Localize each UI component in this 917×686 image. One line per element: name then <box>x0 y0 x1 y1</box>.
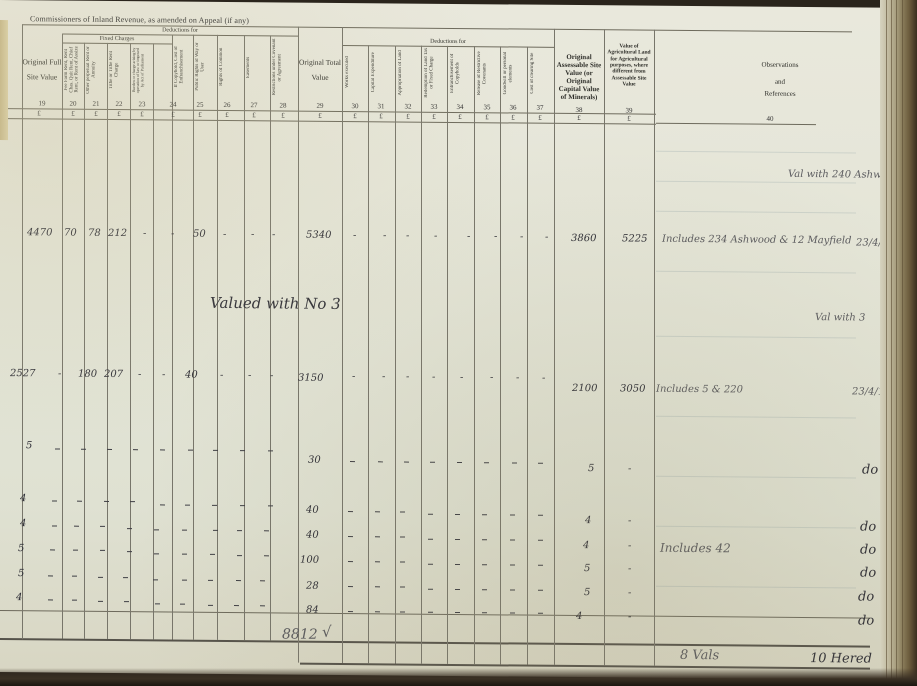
header-observations-line1: Observations <box>740 60 820 69</box>
header-col-20: Fee Farm Rent, Rent Chas. Quit Rent, Chi… <box>64 45 82 95</box>
cell-date: do <box>858 589 874 604</box>
header-col-25: Public Rights of Way or User <box>195 38 215 96</box>
pound-33: £ <box>427 113 441 121</box>
pound-29: £ <box>313 112 327 120</box>
cell-c19: 5 <box>26 440 32 451</box>
cell-c39: - <box>628 611 631 622</box>
table-row: 2527 - 180 207 - - 40 - - - 3150 - - - -… <box>0 0 880 8</box>
pound-19: £ <box>32 109 46 117</box>
cell-c32: - <box>406 372 409 383</box>
cell-date: do <box>860 520 876 535</box>
cell-c31: - <box>382 371 385 382</box>
cell-c25: 50 <box>193 229 206 240</box>
cell-c28: - <box>270 370 273 381</box>
header-col-36: Goodwill or personal elements <box>503 48 524 98</box>
cell-c19: 5 <box>18 568 24 579</box>
header-col-30: Works executed <box>345 47 365 97</box>
cell-c39: 5225 <box>622 233 647 244</box>
cell-c33: - <box>432 372 435 383</box>
header-original-full-site-value: Original Full Site Value <box>22 54 62 84</box>
col-line <box>84 43 85 639</box>
rule-total-bottom <box>0 638 870 648</box>
cell-c29: 40 <box>306 530 319 541</box>
colnum-19: 19 <box>32 99 52 107</box>
header-col-37: Cost of clearing Site <box>530 49 551 99</box>
rule-pound-row <box>8 118 656 125</box>
cell-date: do <box>862 463 878 478</box>
colnum-34: 34 <box>450 103 470 111</box>
cell-c20: - <box>58 369 61 380</box>
cell-c25: 40 <box>185 370 198 381</box>
col-line <box>527 47 528 665</box>
header-col-35: Release of Restrictive Covenants <box>477 48 497 98</box>
cell-c19: 5 <box>18 543 24 554</box>
cell-c20: 70 <box>64 228 77 239</box>
cell-c38: 4 <box>585 515 591 526</box>
faint-rule <box>656 181 856 184</box>
header-col-33: Redemption of Land Tax or Fixed Charge <box>424 48 444 98</box>
colnum-31: 31 <box>371 102 391 110</box>
footer-hered-count: 10 Hered <box>810 651 872 667</box>
cell-c29: 30 <box>308 455 321 466</box>
faint-rule <box>656 586 856 589</box>
ledger-page: Commissioners of Inland Revenue, as amen… <box>0 0 880 680</box>
colnum-30: 30 <box>345 102 365 110</box>
colnum-25: 25 <box>190 101 210 109</box>
cell-observation: Includes 5 & 220 <box>656 384 743 396</box>
cell-c34: - <box>467 231 470 242</box>
cell-c29: 5340 <box>306 230 331 241</box>
cell-c38: 5 <box>588 463 594 474</box>
cell-c22: 212 <box>108 228 127 239</box>
table-row: 4 40 4 - Includes 42 do <box>0 0 880 8</box>
faint-rule <box>656 151 856 154</box>
page-edge <box>0 20 8 140</box>
pound-32: £ <box>401 112 415 120</box>
cell-c19: 2527 <box>10 368 35 379</box>
cell-observation: Includes 42 <box>660 541 731 556</box>
header-original-assessable-site-value: Original Assessable Site Value (or Origi… <box>556 53 602 102</box>
colnum-22: 22 <box>109 100 129 108</box>
cell-c38: 2100 <box>572 383 597 394</box>
cell-c24: - <box>171 228 174 239</box>
cell-c19: 4 <box>20 518 26 529</box>
col-line <box>342 27 343 663</box>
col-line <box>554 29 555 665</box>
header-col-34: Enfranchisement of Copyholds <box>450 48 471 98</box>
header-col-22: Tithe or Tithe Rent Charge <box>109 45 127 95</box>
header-col-23: Burden or charge arising by operation of… <box>132 45 151 95</box>
colnum-37: 37 <box>530 104 550 112</box>
col-line <box>62 34 63 639</box>
cell-c39: - <box>628 563 631 574</box>
pound-37: £ <box>533 114 547 122</box>
col-line <box>217 35 218 640</box>
cell-c36: - <box>516 373 519 384</box>
cell-c36: - <box>520 232 523 243</box>
cell-c23: - <box>138 369 141 380</box>
pound-20: £ <box>66 110 80 118</box>
cell-c19: 4470 <box>27 227 52 238</box>
colnum-21: 21 <box>86 100 106 108</box>
cell-c39: 3050 <box>620 383 645 394</box>
cell-c21: 180 <box>78 369 97 380</box>
table-row: 5 100 5 - do <box>0 0 880 8</box>
header-observations-line2: and <box>740 77 820 86</box>
header-agricultural-value: Value of Agricultural Land for Agricultu… <box>606 43 652 88</box>
cell-c37: - <box>545 232 548 243</box>
colnum-39: 39 <box>619 106 639 114</box>
col-line <box>368 45 369 663</box>
pound-38: £ <box>572 114 586 122</box>
cell-c37: - <box>542 373 545 384</box>
cell-c38: 5 <box>584 587 590 598</box>
colnum-23: 23 <box>132 100 152 108</box>
faint-rule <box>656 211 856 214</box>
header-col-26: Rights of Common <box>219 38 241 96</box>
pound-25: £ <box>193 111 207 119</box>
col-line <box>604 29 605 665</box>
pound-26: £ <box>220 111 234 119</box>
col-line <box>474 46 475 664</box>
pound-22: £ <box>112 110 126 118</box>
footer-check-mark: √ <box>322 623 332 641</box>
colnum-35: 35 <box>477 103 497 111</box>
colnum-26: 26 <box>217 101 237 109</box>
colnum-20: 20 <box>63 100 83 108</box>
table-row: 5 28 5 - do <box>0 0 880 8</box>
header-col-31: Capital Expenditure <box>371 47 392 97</box>
colnum-36: 36 <box>503 103 523 111</box>
col-line <box>298 27 299 663</box>
annotation-valued-with-no3: Valued with No 3 <box>210 294 341 313</box>
cell-c38: 3860 <box>571 233 596 244</box>
cell-c38: 4 <box>583 540 589 551</box>
cell-c30: - <box>352 371 355 382</box>
cell-c27: - <box>248 370 251 381</box>
cell-date: do <box>858 613 874 628</box>
table-row: 4 40 4 - do <box>0 0 880 8</box>
col-line <box>447 46 448 664</box>
cell-date: do <box>860 566 876 581</box>
rule-header-bottom <box>8 108 656 115</box>
cell-c28: - <box>272 229 275 240</box>
pound-28: £ <box>276 111 290 119</box>
colnum-24: 24 <box>163 100 183 108</box>
faint-rule <box>656 476 856 479</box>
page-shadow <box>0 668 917 686</box>
book-spine <box>880 0 917 686</box>
cell-c26: - <box>220 370 223 381</box>
table-row: 4470 70 78 212 - - 50 - - - 5340 - - - -… <box>0 0 880 8</box>
cell-c39: - <box>628 515 631 526</box>
cell-c29: 28 <box>306 581 319 592</box>
header-col-28: Restrictions under Covenant or Agreement <box>272 38 296 96</box>
table-row: 5 30 5 - do <box>0 0 880 8</box>
pound-34: £ <box>453 113 467 121</box>
table-row: 4 84 4 - do <box>0 0 880 8</box>
col-line <box>654 30 655 666</box>
col-line <box>421 46 422 664</box>
col-line <box>270 35 271 640</box>
pound-30: £ <box>348 112 362 120</box>
cell-c32: - <box>406 231 409 242</box>
footer-total: 8812 <box>282 626 318 642</box>
colnum-29: 29 <box>310 102 330 110</box>
faint-rule <box>656 416 856 419</box>
col-line <box>500 46 501 664</box>
pound-35: £ <box>480 113 494 121</box>
faint-rule <box>656 271 856 274</box>
col-line <box>107 43 108 639</box>
cell-c29: 100 <box>300 555 319 566</box>
cell-date: do <box>860 543 876 558</box>
pound-27: £ <box>247 111 261 119</box>
colnum-40: 40 <box>760 115 780 123</box>
cell-c35: - <box>490 372 493 383</box>
header-col-27: Easements <box>246 38 268 96</box>
cell-c29: 84 <box>306 605 319 616</box>
cell-c24: - <box>162 369 165 380</box>
faint-rule <box>656 526 856 529</box>
cell-observation: Includes 234 Ashwood & 12 Mayfield <box>662 234 852 247</box>
header-col-21: Other perpetual Rent or Annuity <box>86 45 104 95</box>
pound-39: £ <box>622 114 636 122</box>
pound-23: £ <box>135 110 149 118</box>
colnum-28: 28 <box>273 101 293 109</box>
cell-c35: - <box>494 231 497 242</box>
header-original-total-value: Original Total Value <box>298 55 342 85</box>
colnum-32: 32 <box>398 102 418 110</box>
header-observations-line3: References <box>740 89 820 98</box>
pound-24: £ <box>166 110 180 118</box>
colnum-27: 27 <box>244 101 264 109</box>
cell-c27: - <box>251 229 254 240</box>
rule-obs-header <box>656 123 816 125</box>
pound-21: £ <box>89 110 103 118</box>
cell-c26: - <box>223 229 226 240</box>
pound-36: £ <box>506 113 520 121</box>
footer-vals-count: 8 Vals <box>680 648 719 663</box>
cell-c38: 5 <box>584 563 590 574</box>
cell-c39: - <box>628 587 631 598</box>
header-col-24: If Copyhold, Cost of Enfranchisement <box>174 38 191 96</box>
col-line <box>172 35 173 640</box>
col-line <box>244 35 245 640</box>
cell-c19: 4 <box>16 592 22 603</box>
cell-c33: - <box>434 231 437 242</box>
cell-c39: - <box>628 463 631 474</box>
dash-grid <box>0 0 880 8</box>
cell-c23: - <box>143 228 146 239</box>
cell-c21: 78 <box>88 228 101 239</box>
colnum-33: 33 <box>424 103 444 111</box>
cell-c29: 3150 <box>298 373 323 384</box>
header-col-32: Appropriation of Land <box>398 47 418 97</box>
col-line <box>153 43 154 639</box>
faint-rule <box>656 336 856 339</box>
page-title: Commissioners of Inland Revenue, as amen… <box>30 14 249 25</box>
group-header-fixed-charges: Fixed Charges <box>62 36 172 44</box>
cell-c19: 4 <box>20 493 26 504</box>
col-line <box>395 45 396 663</box>
cell-c22: 207 <box>104 369 123 380</box>
colnum-38: 38 <box>569 106 589 114</box>
pound-31: £ <box>374 112 388 120</box>
cell-c29: 40 <box>306 505 319 516</box>
annotation-val-with-3: Val with 3 <box>815 312 865 323</box>
cell-c38: 4 <box>576 611 582 622</box>
col-line <box>193 35 194 640</box>
cell-c31: - <box>383 230 386 241</box>
col-line <box>130 43 131 639</box>
cell-c30: - <box>353 230 356 241</box>
cell-c34: - <box>460 372 463 383</box>
cell-c39: - <box>628 540 631 551</box>
